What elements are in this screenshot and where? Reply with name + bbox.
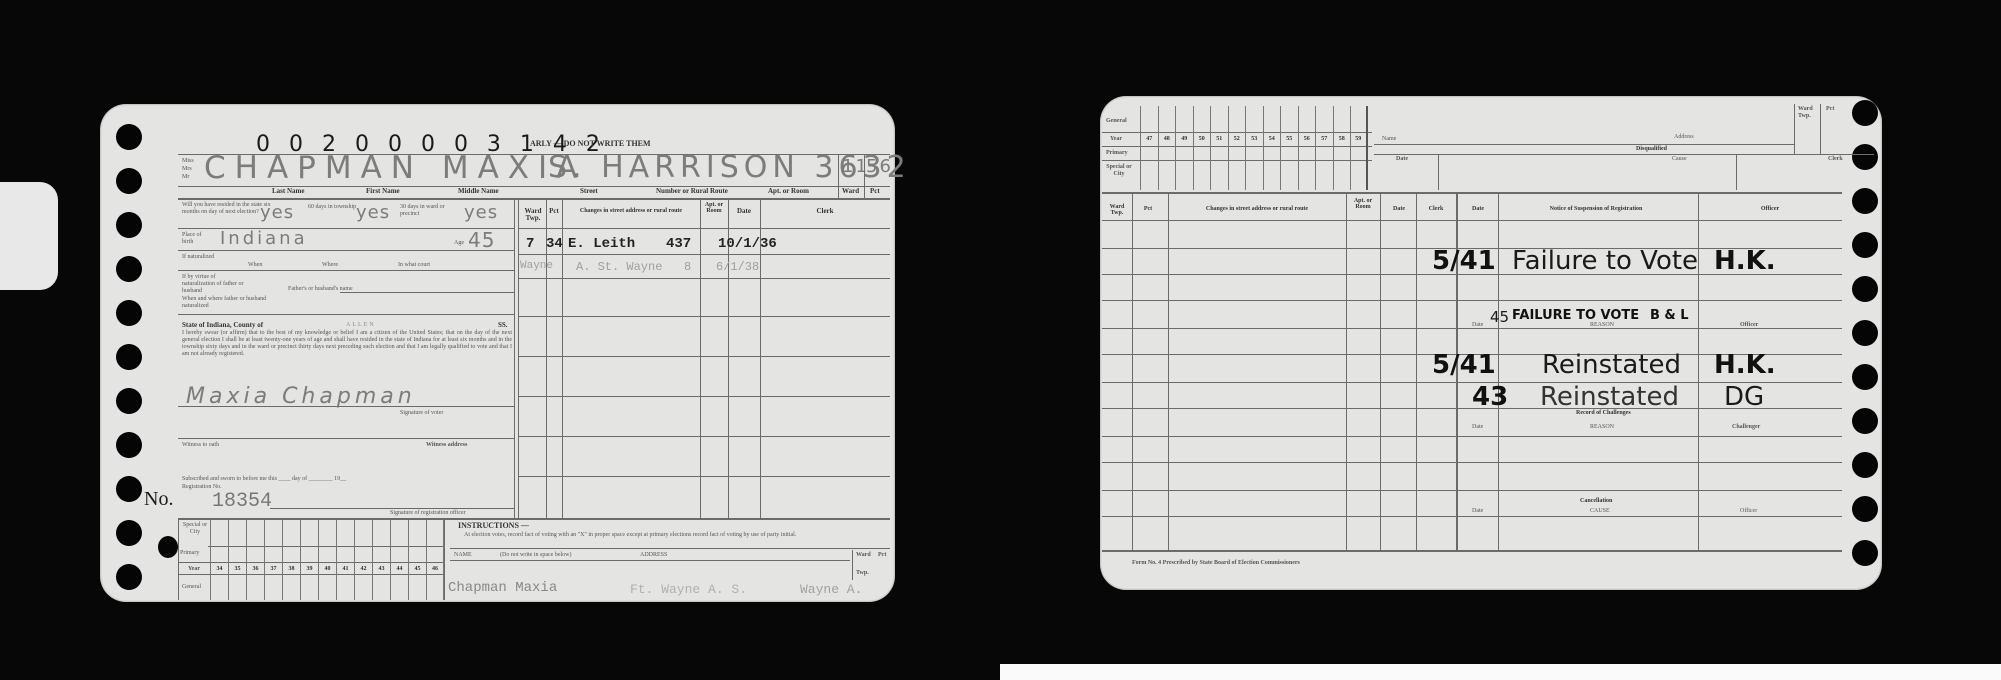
reinstatement-date: 43 — [1472, 382, 1508, 412]
year-cell[interactable]: 55 — [1280, 106, 1298, 190]
disqualified-date-label: Date — [1396, 156, 1408, 163]
changes-row-pct: 34 — [546, 236, 563, 252]
changes-header-date: Date — [728, 208, 760, 215]
punch-hole — [1852, 452, 1878, 478]
footer-typed-address: Ft. Wayne A. S. — [630, 582, 747, 597]
label-street: Street — [580, 188, 598, 195]
residency-state-answer: yes — [260, 202, 294, 223]
instructions-text: At election votes, record fact of voting… — [464, 532, 874, 539]
grid-label-year: Year — [1110, 136, 1122, 143]
suspension-header-notice: Notice of Suspension of Registration — [1496, 206, 1696, 212]
punch-hole — [116, 168, 142, 194]
punch-hole — [116, 344, 142, 370]
father-naturalized-when-where: When and where father or husband natural… — [182, 296, 278, 310]
changes-header-clerk: Clerk — [1418, 206, 1454, 212]
year-cell[interactable]: 39 — [300, 520, 318, 600]
grid-label-special: Special or City — [180, 522, 210, 536]
voter-registration-card-back: General Year Primary Special or City 47 … — [1100, 96, 1882, 590]
year-cell[interactable]: 38 — [282, 520, 300, 600]
residency-state-question: Will you have resided in the state six m… — [182, 202, 272, 216]
suspension-subheader-reason: REASON — [1590, 322, 1614, 329]
suspension-header-officer: Officer — [1700, 206, 1840, 212]
year-cell[interactable]: 34 — [210, 520, 228, 600]
changes-header-clerk: Clerk — [760, 208, 890, 215]
form-footer: Form No. 4 Prescribed by State Board of … — [1132, 560, 1300, 567]
signature-of-voter-label: Signature of voter — [400, 410, 443, 417]
year-cell[interactable]: 54 — [1263, 106, 1281, 190]
grid-label-special: Special or City — [1104, 164, 1134, 178]
year-cell[interactable]: 51 — [1210, 106, 1228, 190]
salutation-mr: Mr — [182, 174, 189, 181]
disqualified-pct-label: Pct — [1826, 106, 1834, 113]
year-cell[interactable]: 35 — [228, 520, 246, 600]
age-label: Age — [454, 240, 464, 247]
year-cell[interactable]: 47 — [1140, 106, 1158, 190]
punch-hole — [1852, 408, 1878, 434]
salutation-mrs: Mrs — [182, 166, 192, 173]
subscribed-text: Subscribed and sworn to before me this _… — [182, 476, 346, 483]
grid-label-general: General — [1106, 118, 1127, 125]
label-apt: Apt. or Room — [768, 188, 809, 195]
changes-header-pct: Pct — [546, 208, 562, 215]
oath-ss: SS. — [498, 322, 508, 329]
disqualified-heading: Disqualified — [1636, 146, 1667, 152]
changes-row-number: 437 — [666, 236, 691, 252]
footer-note: (Do not write in space below) — [500, 552, 571, 559]
header-note: ARLY — DO NOT WRITE THEM — [530, 140, 651, 148]
challenges-heading: Record of Challenges — [1576, 410, 1631, 416]
year-cell[interactable]: 49 — [1175, 106, 1193, 190]
scan-white-strip — [1000, 664, 2001, 680]
label-middle-name: Middle Name — [458, 188, 499, 195]
footer-typed-name: Chapman Maxia — [448, 580, 557, 596]
suspension-reason: FAILURE TO VOTE — [1512, 308, 1639, 323]
cancellation-header-officer: Officer — [1740, 508, 1757, 515]
scanner-edge-artifact — [0, 182, 58, 290]
punch-hole — [1852, 100, 1878, 126]
year-cell[interactable]: 59 — [1350, 106, 1368, 190]
year-cell[interactable]: 45 — [408, 520, 426, 600]
instructions-heading: INSTRUCTIONS — — [458, 522, 529, 530]
year-cell[interactable]: 42 — [354, 520, 372, 600]
disqualified-cause-label: Cause — [1672, 156, 1687, 163]
residency-township-answer: yes — [356, 202, 390, 223]
footer-pct-label: Pct — [878, 552, 886, 559]
footer-ward-label: Ward — [856, 552, 871, 559]
changes-header-apt: Apt. or Room — [1348, 198, 1378, 210]
year-cell[interactable]: 37 — [264, 520, 282, 600]
year-cell[interactable]: 43 — [372, 520, 390, 600]
punch-hole — [1852, 144, 1878, 170]
punch-hole — [1852, 276, 1878, 302]
grid-label-primary: Primary — [1106, 150, 1128, 157]
suspension-officer: H.K. — [1714, 246, 1776, 276]
suspension-subheader-date: Date — [1472, 322, 1483, 329]
disqualified-ward-label: Ward Twp. — [1798, 106, 1818, 120]
suspension-date: 45 — [1490, 308, 1509, 326]
punch-hole — [1852, 540, 1878, 566]
naturalized-label: If naturalized — [182, 254, 218, 261]
grid-label-primary: Primary — [180, 550, 199, 557]
witness-label: Witness to oath — [182, 442, 219, 449]
suspension-header-date: Date — [1460, 206, 1496, 212]
changes-header-pct: Pct — [1130, 206, 1166, 212]
changes-header-address: Changes in street address or rural route — [1170, 206, 1344, 212]
changes-row-address: A. St. Wayne — [576, 260, 662, 274]
birth-place-value: Indiana — [220, 228, 308, 249]
reinstatement-reason: Reinstated — [1540, 382, 1679, 412]
oath-heading: State of Indiana, County of — [182, 322, 263, 329]
oath-text: I hereby swear (or affirm) that to the b… — [182, 330, 512, 358]
changes-header-apt: Apt. or Room — [700, 202, 728, 214]
punch-hole — [158, 536, 178, 558]
punch-hole — [116, 564, 142, 590]
naturalized-when: When — [248, 262, 262, 269]
changes-row-ward: Wayne — [520, 260, 553, 272]
footer-name-label: NAME — [454, 552, 472, 559]
punch-hole — [1852, 364, 1878, 390]
footer-address-label: ADDRESS — [640, 552, 667, 559]
changes-row-ward: 7 — [526, 236, 534, 252]
grid-label-year: Year — [188, 566, 200, 573]
cancellation-heading: Cancellation — [1580, 498, 1612, 504]
suspension-officer: B & L — [1650, 308, 1689, 323]
disqualified-name-label: Name — [1382, 136, 1396, 143]
punch-hole — [116, 476, 142, 502]
number-prefix: No. — [144, 488, 173, 511]
punch-hole — [116, 212, 142, 238]
label-last-name: Last Name — [272, 188, 304, 195]
year-cell[interactable]: 50 — [1193, 106, 1211, 190]
year-cell[interactable]: 46 — [426, 520, 444, 600]
suspension-date: 5/41 — [1432, 246, 1496, 276]
naturalized-where: Where — [322, 262, 338, 269]
footer-typed-ward: Wayne A. — [800, 582, 862, 597]
changes-row-date: 10/1/36 — [718, 236, 777, 252]
officer-signature-label: Signature of registration officer — [390, 510, 466, 517]
punch-hole — [116, 300, 142, 326]
reinstatement-date: 5/41 — [1432, 350, 1496, 380]
changes-header-ward: Ward Twp. — [1104, 204, 1130, 216]
footer-twp-label: Twp. — [856, 570, 869, 577]
challenges-header-reason: REASON — [1590, 424, 1614, 431]
residency-ward-answer: yes — [464, 202, 498, 223]
cancellation-header-cause: CAUSE — [1590, 508, 1610, 515]
voting-grid-years: 47 48 49 50 51 52 53 54 55 56 57 58 59 — [1140, 106, 1368, 190]
year-cell[interactable]: 56 — [1298, 106, 1316, 190]
year-cell[interactable]: 57 — [1315, 106, 1333, 190]
punch-hole — [116, 520, 142, 546]
changes-row-address: E. Leith — [568, 236, 635, 252]
suspension-reason: Failure to Vote — [1512, 246, 1698, 276]
reinstatement-officer: H.K. — [1714, 350, 1776, 380]
naturalized-court: In what court — [398, 262, 430, 269]
voting-grid-years: 34 35 36 37 38 39 40 41 42 43 44 45 46 — [210, 520, 444, 600]
punch-hole — [116, 388, 142, 414]
year-cell[interactable]: 48 — [1158, 106, 1176, 190]
changes-row-date: 6/1/38 — [716, 260, 759, 274]
label-first-name: First Name — [366, 188, 400, 195]
punch-hole — [1852, 320, 1878, 346]
salutation-miss: Miss — [182, 158, 194, 165]
year-cell[interactable]: 53 — [1245, 106, 1263, 190]
voter-name: CHAPMAN MAXIA — [204, 150, 586, 186]
birth-place-label: Place of birth — [182, 232, 212, 246]
label-ward: Ward — [842, 188, 859, 195]
punch-hole — [1852, 188, 1878, 214]
changes-header-address: Changes in street address or rural route — [562, 208, 700, 214]
year-cell[interactable]: 40 — [318, 520, 336, 600]
disqualified-clerk-label: Clerk — [1828, 156, 1843, 163]
punch-hole — [116, 432, 142, 458]
year-cell[interactable]: 41 — [336, 520, 354, 600]
challenges-header-date: Date — [1472, 424, 1483, 431]
year-cell[interactable]: 36 — [246, 520, 264, 600]
cancellation-header-date: Date — [1472, 508, 1483, 515]
punch-hole — [1852, 496, 1878, 522]
reinstatement-reason: Reinstated — [1542, 350, 1681, 380]
year-cell[interactable]: 52 — [1228, 106, 1246, 190]
age-value: 45 — [468, 228, 495, 252]
oath-county: ALLEN — [346, 322, 376, 329]
disqualified-address-label: Address — [1674, 134, 1694, 141]
punch-hole — [1852, 232, 1878, 258]
punch-hole — [116, 256, 142, 282]
year-cell[interactable]: 58 — [1333, 106, 1351, 190]
registration-number: 18354 — [212, 490, 272, 513]
voter-registration-card-front: 0 0 2 0 0 0 0 3 1 4 2 ARLY — DO NOT WRIT… — [100, 104, 895, 602]
grid-label-general: General — [182, 584, 201, 591]
naturalization-by-virtue: If by virtue of naturalization of father… — [182, 274, 246, 295]
voter-precinct: 56 — [866, 156, 893, 177]
witness-address-label: Witness address — [426, 442, 467, 449]
label-pct: Pct — [870, 188, 880, 195]
residency-township-question: 60 days in township — [308, 204, 358, 211]
year-cell[interactable]: 44 — [390, 520, 408, 600]
reinstatement-officer: DG — [1724, 382, 1764, 412]
challenges-header-challenger: Challenger — [1732, 424, 1760, 431]
residency-ward-question: 30 days in ward or precinct — [400, 204, 460, 218]
punch-hole — [116, 124, 142, 150]
changes-header-ward: Ward Twp. — [520, 208, 546, 222]
changes-header-date: Date — [1382, 206, 1416, 212]
label-number: Number or Rural Route — [656, 188, 728, 195]
suspension-subheader-officer: Officer — [1740, 322, 1758, 329]
changes-row-number: 8 — [684, 260, 691, 274]
